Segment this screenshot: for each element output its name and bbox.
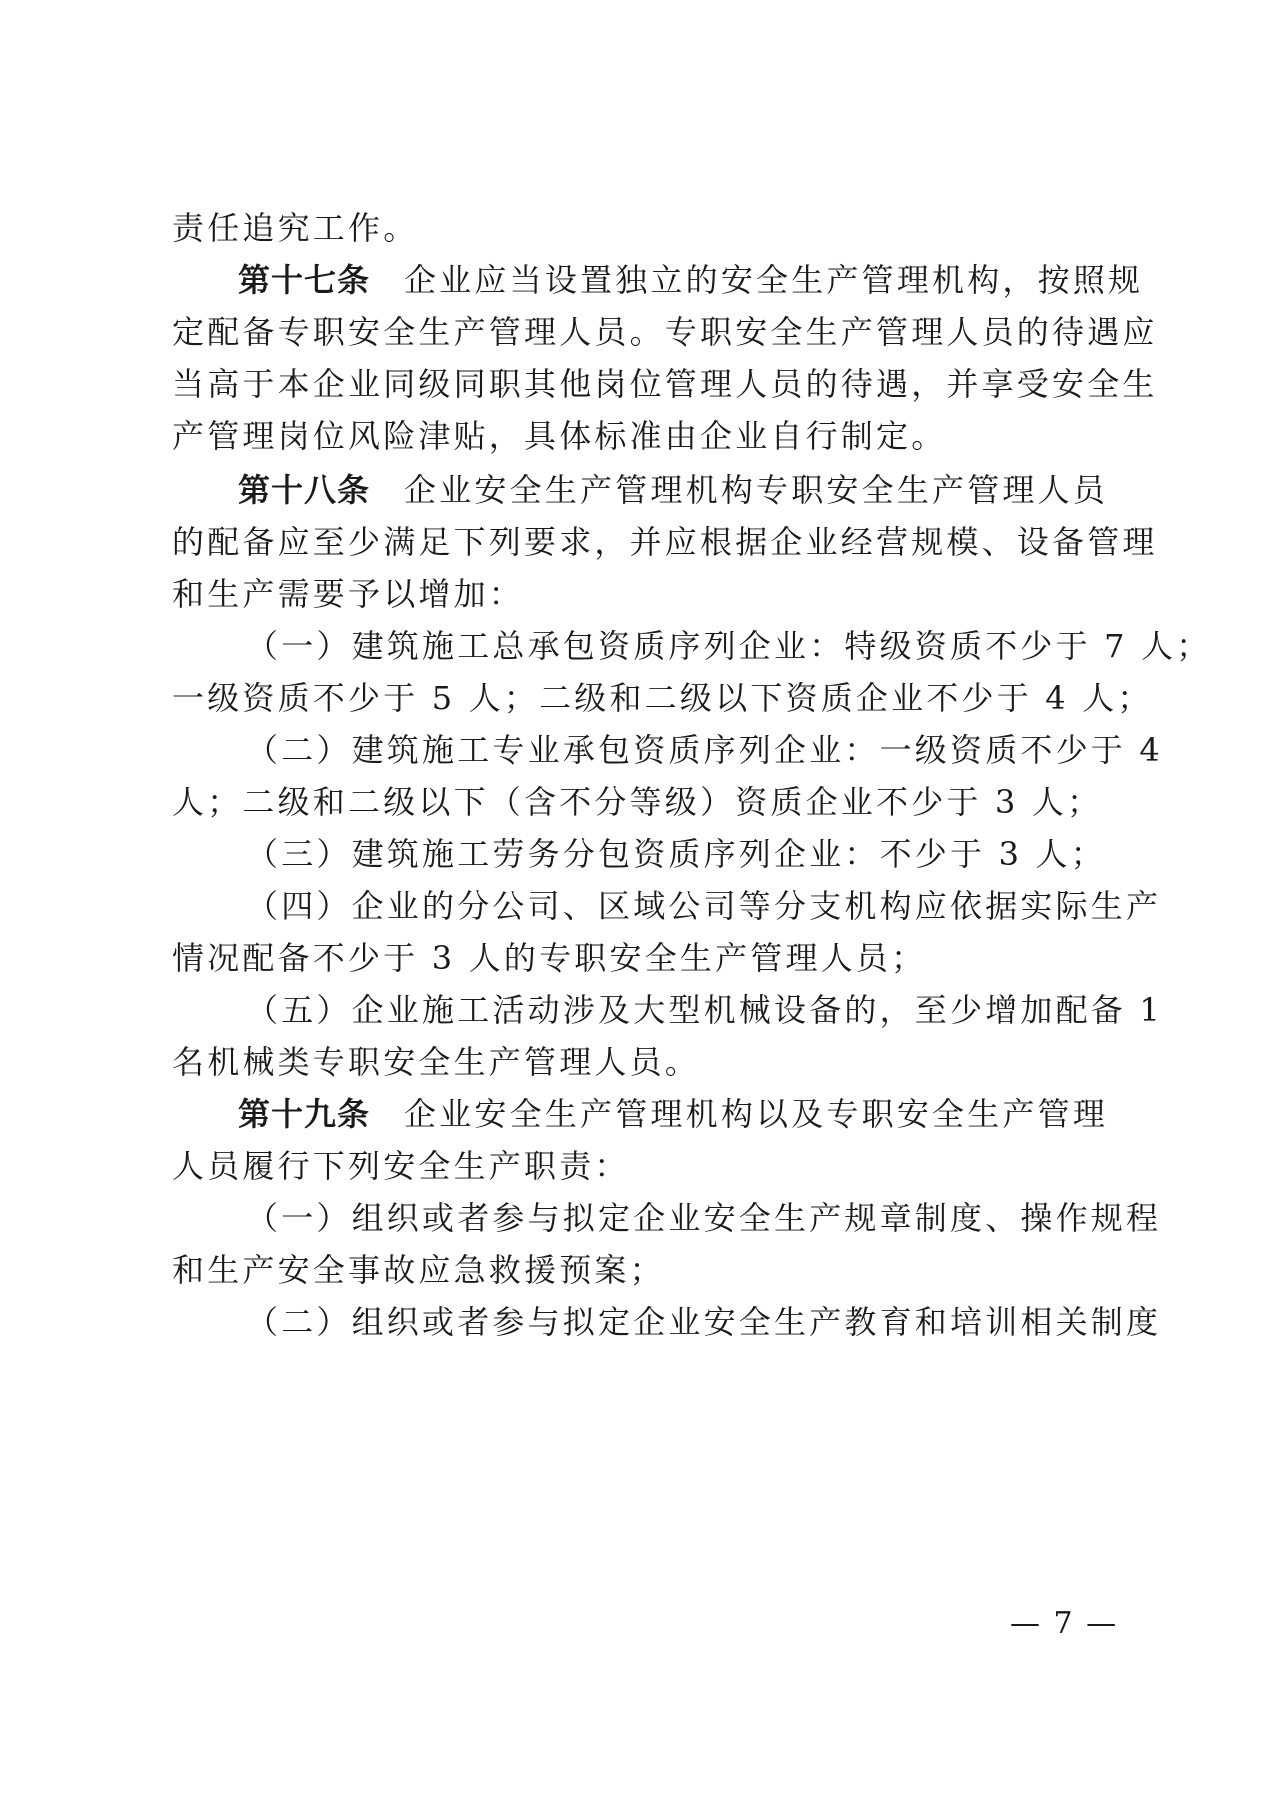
list-item-line: （三）建筑施工劳务分包资质序列企业：不少于 3 人； [246,826,1118,882]
document-page: 责任追究工作。 第十七条企业应当设置独立的安全生产管理机构，按照规 定配备专职安… [0,0,1280,1810]
list-item-line: （二）建筑施工专业承包资质序列企业：一级资质不少于 4 [246,722,1118,778]
list-item-line: （四）企业的分公司、区域公司等分支机构应依据实际生产 [246,878,1118,934]
paragraph-line: 和生产需要予以增加： [172,566,1118,622]
paragraph-line: 产管理岗位风险津贴，具体标准由企业自行制定。 [172,408,1118,464]
article-heading: 第十七条 [238,261,370,299]
paragraph-text: 企业安全生产管理机构以及专职安全生产管理 [404,1095,1108,1133]
paragraph-line: 责任追究工作。 [172,200,1118,256]
paragraph-line: 一级资质不少于 5 人；二级和二级以下资质企业不少于 4 人； [172,670,1118,726]
paragraph-line: 和生产安全事故应急救援预案； [172,1242,1118,1298]
article-17-line: 第十七条企业应当设置独立的安全生产管理机构，按照规 [238,252,1118,308]
paragraph-line: 人员履行下列安全生产职责： [172,1138,1118,1194]
article-heading: 第十九条 [238,1095,370,1133]
paragraph-line: 的配备应至少满足下列要求，并应根据企业经营规模、设备管理 [172,514,1118,570]
list-item-line: （五）企业施工活动涉及大型机械设备的，至少增加配备 1 [246,982,1118,1038]
article-19-line: 第十九条企业安全生产管理机构以及专职安全生产管理 [238,1086,1118,1142]
article-18-line: 第十八条企业安全生产管理机构专职安全生产管理人员 [238,462,1118,518]
article-heading: 第十八条 [238,471,370,509]
list-item-line: （二）组织或者参与拟定企业安全生产教育和培训相关制度 [246,1294,1118,1350]
list-item-line: （一）组织或者参与拟定企业安全生产规章制度、操作规程 [246,1190,1118,1246]
paragraph-text: 企业应当设置独立的安全生产管理机构，按照规 [404,261,1143,299]
paragraph-line: 情况配备不少于 3 人的专职安全生产管理人员； [172,930,1118,986]
list-item-line: （一）建筑施工总承包资质序列企业：特级资质不少于 7 人； [246,618,1118,674]
paragraph-text: 企业安全生产管理机构专职安全生产管理人员 [404,471,1108,509]
paragraph-line: 人；二级和二级以下（含不分等级）资质企业不少于 3 人； [172,774,1118,830]
paragraph-line: 名机械类专职安全生产管理人员。 [172,1034,1118,1090]
page-number: — 7 — [1010,1604,1118,1644]
paragraph-line: 当高于本企业同级同职其他岗位管理人员的待遇，并享受安全生 [172,356,1118,412]
paragraph-line: 定配备专职安全生产管理人员。专职安全生产管理人员的待遇应 [172,304,1118,360]
